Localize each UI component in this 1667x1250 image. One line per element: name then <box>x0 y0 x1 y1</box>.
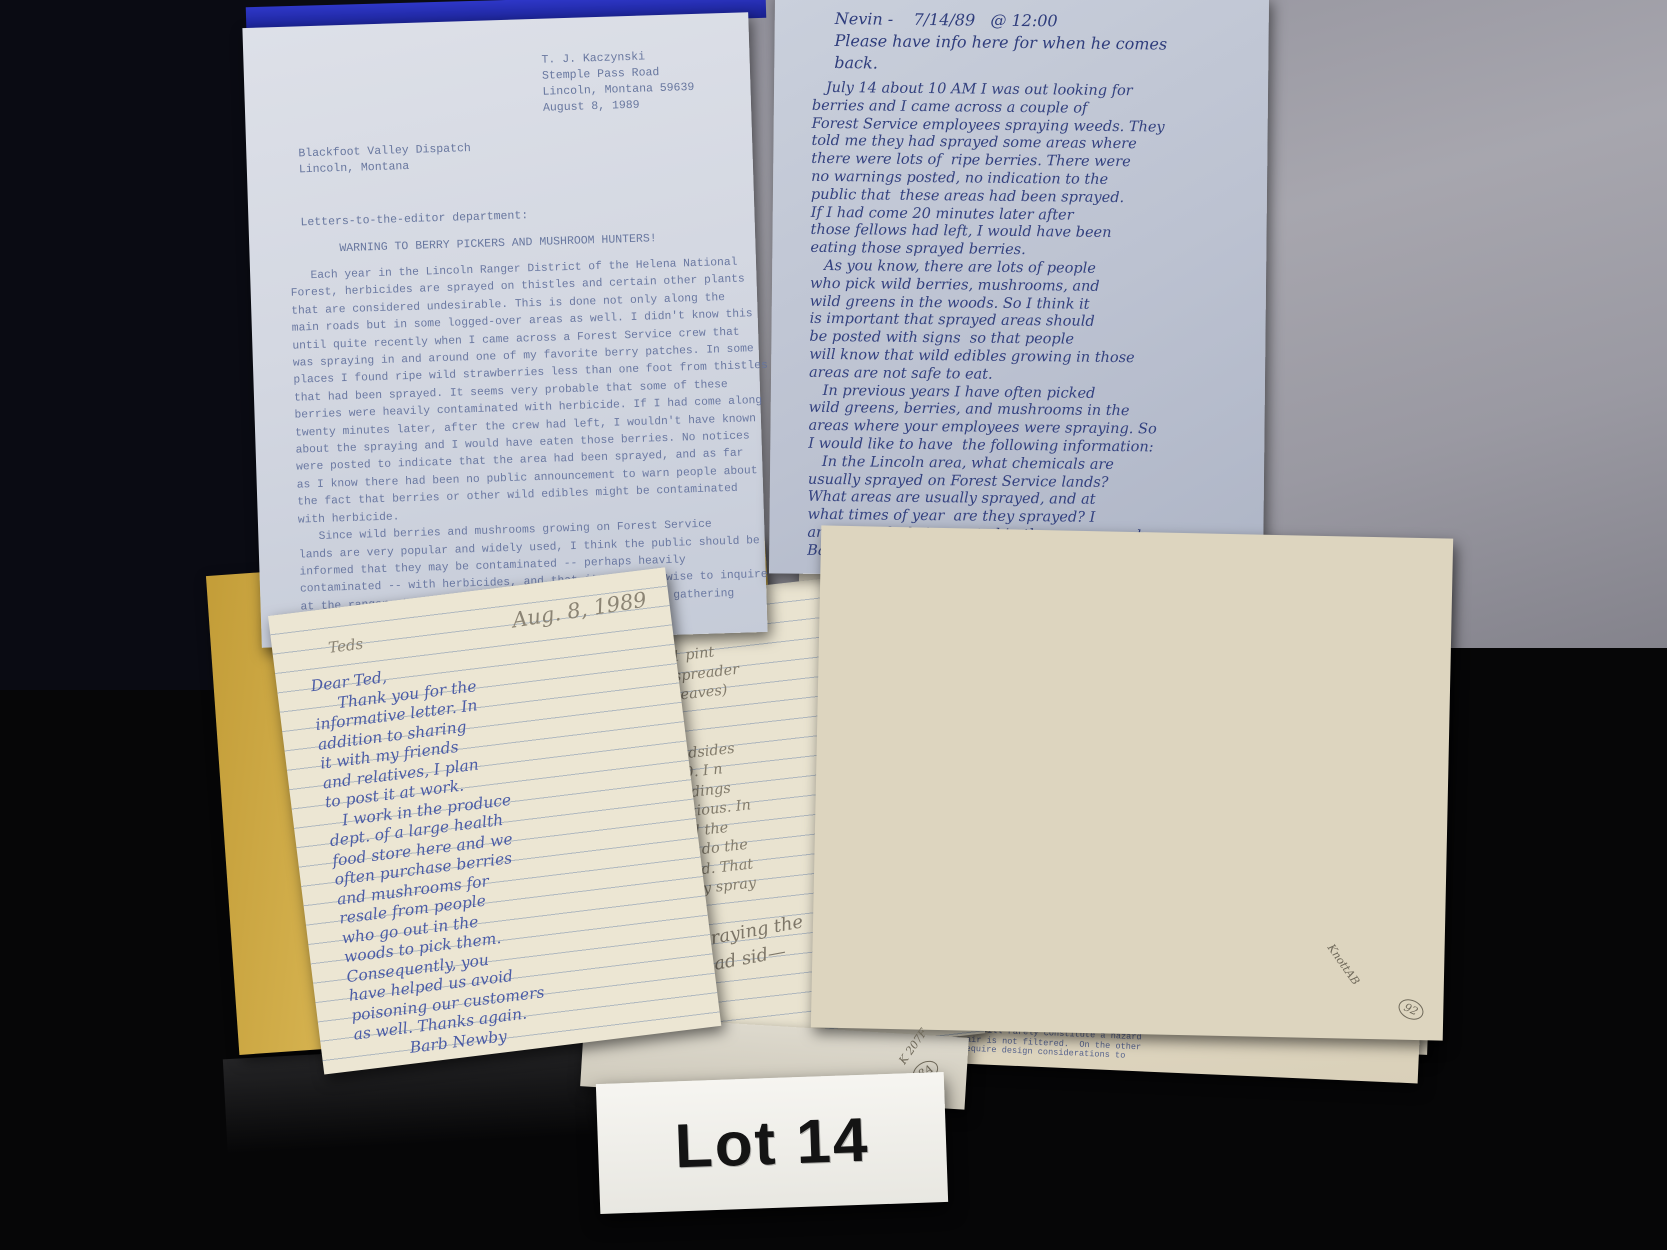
typed-letter-headline: WARNING TO BERRY PICKERS AND MUSHROOM HU… <box>339 232 657 255</box>
typed-letter-recipient-block: Blackfoot Valley Dispatch Lincoln, Monta… <box>298 141 471 178</box>
lined-note-date: Aug. 8, 1989 <box>511 588 649 633</box>
typed-letter-page: T. J. Kaczynski Stemple Pass Road Lincol… <box>242 12 767 648</box>
nevin-note-header: Nevin - 7/14/89 @ 12:00 Please have info… <box>834 8 1167 77</box>
lot-number-card: Lot 14 <box>596 1072 948 1214</box>
handwritten-letter-page: Nevin - 7/14/89 @ 12:00 Please have info… <box>769 0 1269 579</box>
lot-number-label: Lot 14 <box>674 1104 871 1182</box>
typed-letter-sender-block: T. J. Kaczynski Stemple Pass Road Lincol… <box>541 48 695 117</box>
lined-note-body: Dear Ted, Thank you for the informative … <box>310 654 550 1065</box>
paper-stack-back-sheet <box>811 525 1453 1040</box>
auction-lot-photo: T. J. Kaczynski Stemple Pass Road Lincol… <box>0 0 1667 1250</box>
handwritten-letter-body: July 14 about 10 AM I was out looking fo… <box>807 80 1165 582</box>
typed-letter-dept-line: Letters-to-the-editor department: <box>300 209 528 229</box>
lined-note-teds-label: Teds <box>327 635 364 657</box>
lined-note-front-sheet: Teds Aug. 8, 1989 Dear Ted, Thank you fo… <box>268 567 721 1074</box>
